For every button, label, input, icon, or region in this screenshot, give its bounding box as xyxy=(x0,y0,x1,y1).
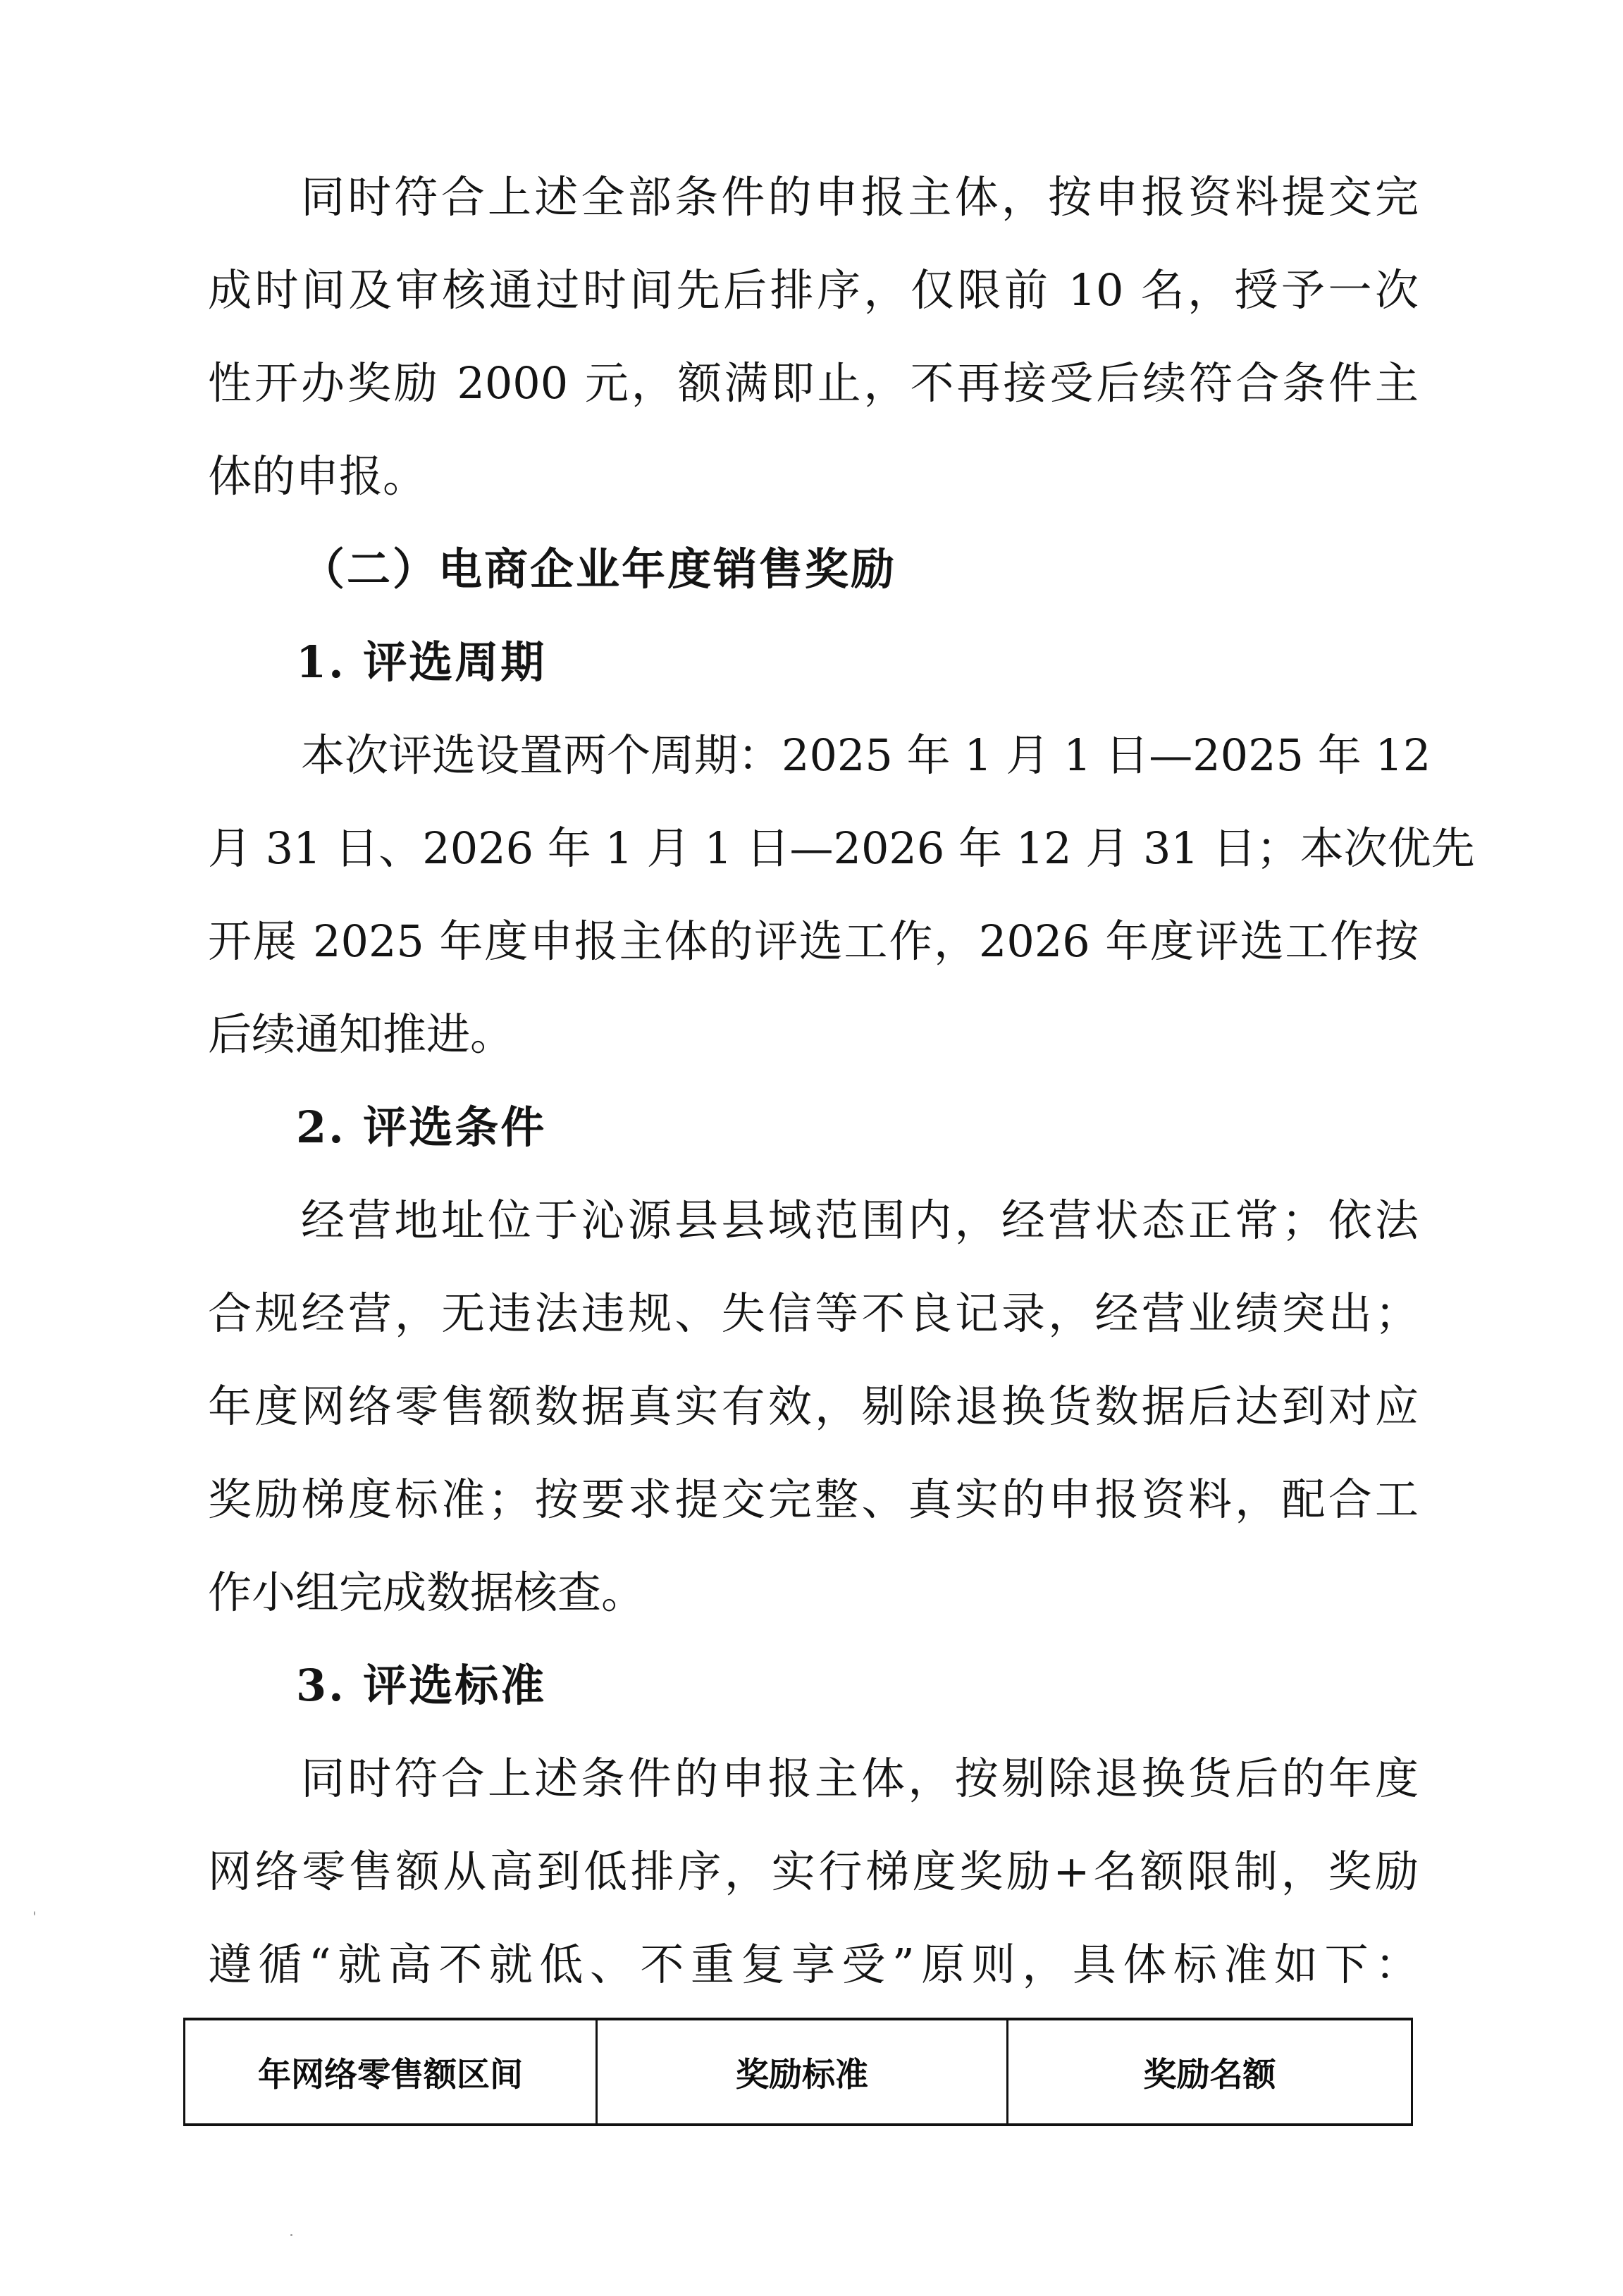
paragraph-first-come-reward: 同时符合上述全部条件的申报主体，按申报资料提交完 成时间及审核通过时间先后排序，… xyxy=(208,151,1419,523)
paragraph-line: 后续通知推进。 xyxy=(208,988,1419,1081)
column-header-reward-standard: 奖励标准 xyxy=(597,2019,1008,2125)
paragraph-line: 经营地址位于沁源县县域范围内，经营状态正常；依法 xyxy=(208,1174,1419,1267)
paragraph-line: 体的申报。 xyxy=(208,430,1419,523)
scan-speck xyxy=(34,1911,35,1915)
paragraph-line: 年度网络零售额数据真实有效，剔除退换货数据后达到对应 xyxy=(208,1360,1419,1453)
reward-table-header-row: 年网络零售额区间 奖励标准 奖励名额 xyxy=(185,2019,1412,2125)
reward-table-container: 年网络零售额区间 奖励标准 奖励名额 xyxy=(183,2018,1405,2126)
paragraph-line: 网络零售额从高到低排序，实行梯度奖励+名额限制，奖励 xyxy=(208,1825,1419,1918)
paragraph-line: 合规经营，无违法违规、失信等不良记录，经营业绩突出； xyxy=(208,1267,1419,1360)
paragraph-line: 成时间及审核通过时间先后排序，仅限前 10 名，授予一次 xyxy=(208,244,1419,337)
paragraph-line: 遵循“就高不就低、不重复享受”原则，具体标准如下： xyxy=(208,1918,1419,2011)
section-heading-ecommerce-annual-sales-reward: （二）电商企业年度销售奖励 xyxy=(208,523,1419,616)
subsection-heading-evaluation-conditions: 2. 评选条件 xyxy=(208,1081,1419,1174)
paragraph-line: 奖励梯度标准；按要求提交完整、真实的申报资料，配合工 xyxy=(208,1453,1419,1546)
paragraph-evaluation-period: 本次评选设置两个周期：2025 年 1 月 1 日—2025 年 12 月 31… xyxy=(208,709,1419,1081)
reward-table: 年网络零售额区间 奖励标准 奖励名额 xyxy=(183,2018,1413,2126)
paragraph-line: 性开办奖励 2000 元，额满即止，不再接受后续符合条件主 xyxy=(208,337,1419,430)
subsection-heading-evaluation-criteria: 3. 评选标准 xyxy=(208,1639,1419,1732)
paragraph-line: 本次评选设置两个周期：2025 年 1 月 1 日—2025 年 12 xyxy=(208,709,1419,802)
scan-speck xyxy=(290,2234,292,2236)
paragraph-line: 开展 2025 年度申报主体的评选工作，2026 年度评选工作按 xyxy=(208,895,1419,988)
paragraph-line: 作小组完成数据核查。 xyxy=(208,1546,1419,1639)
paragraph-evaluation-conditions: 经营地址位于沁源县县域范围内，经营状态正常；依法 合规经营，无违法违规、失信等不… xyxy=(208,1174,1419,1639)
column-header-reward-quota: 奖励名额 xyxy=(1008,2019,1412,2125)
subsection-heading-evaluation-period: 1. 评选周期 xyxy=(208,616,1419,709)
document-body: 同时符合上述全部条件的申报主体，按申报资料提交完 成时间及审核通过时间先后排序，… xyxy=(208,151,1419,2011)
paragraph-line: 月 31 日、2026 年 1 月 1 日—2026 年 12 月 31 日；本… xyxy=(208,802,1419,895)
paragraph-evaluation-criteria: 同时符合上述条件的申报主体，按剔除退换货后的年度 网络零售额从高到低排序，实行梯… xyxy=(208,1732,1419,2011)
paragraph-line: 同时符合上述全部条件的申报主体，按申报资料提交完 xyxy=(208,151,1419,244)
paragraph-line: 同时符合上述条件的申报主体，按剔除退换货后的年度 xyxy=(208,1732,1419,1825)
column-header-sales-range: 年网络零售额区间 xyxy=(185,2019,597,2125)
